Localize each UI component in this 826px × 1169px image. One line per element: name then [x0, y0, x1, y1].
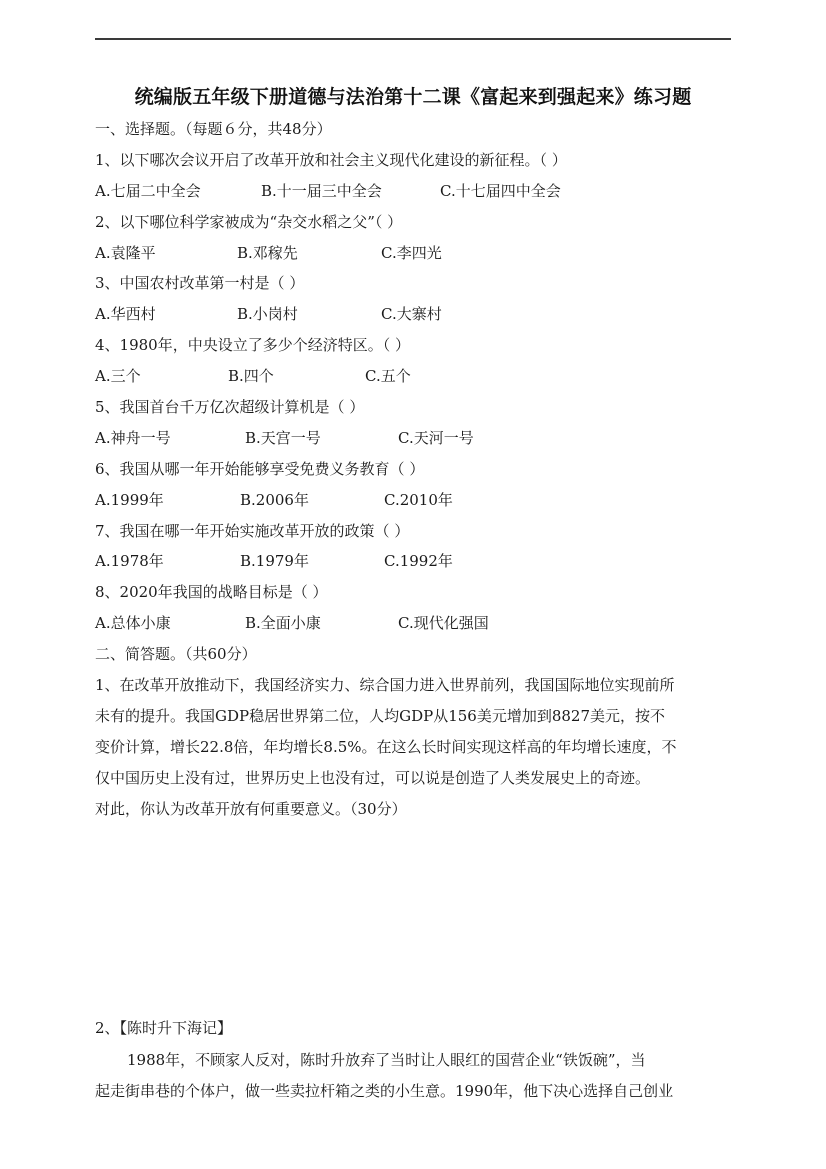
short-answer-2-heading: 2、【陈时升下海记】: [95, 1018, 735, 1038]
question-5-stem: 5、我国首台千万亿次超级计算机是（ ）: [95, 397, 364, 417]
question-1-option-c: C.十七届四中全会: [440, 181, 561, 201]
question-4-option-b: B.四个: [228, 366, 274, 386]
question-1-option-a: A.七届二中全会: [95, 181, 201, 201]
question-4-option-c: C.五个: [365, 366, 411, 386]
section-1-heading: 一、选择题。（每题６分，共48分）: [95, 119, 332, 139]
question-7-option-b: B.1979年: [240, 551, 309, 571]
question-2-option-c: C.李四光: [381, 243, 442, 263]
question-1-option-b: B.十一届三中全会: [261, 181, 382, 201]
question-5-option-c: C.天河一号: [398, 428, 474, 448]
question-8-option-c: C.现代化强国: [398, 613, 489, 633]
question-3-option-c: C.大寨村: [381, 304, 442, 324]
question-5-option-a: A.神舟一号: [95, 428, 171, 448]
section-2-heading: 二、简答题。（共60分）: [95, 644, 257, 664]
question-6-stem: 6、我国从哪一年开始能够享受免费义务教育（ ）: [95, 459, 424, 479]
question-3-option-b: B.小岗村: [237, 304, 298, 324]
question-2-option-a: A.袁隆平: [95, 243, 156, 263]
short-answer-1-line-2: 未有的提升。我国GDP稳居世界第二位，人均GDP从156美元增加到8827美元，…: [95, 706, 735, 726]
short-answer-1-line-1: 1、在改革开放推动下，我国经济实力、综合国力进入世界前列，我国国际地位实现前所: [95, 675, 735, 695]
question-1-stem: 1、以下哪次会议开启了改革开放和社会主义现代化建设的新征程。（ ）: [95, 150, 567, 170]
question-6-option-a: A.1999年: [95, 490, 164, 510]
question-3-stem: 3、中国农村改革第一村是（ ）: [95, 273, 304, 293]
document-title: 统编版五年级下册道德与法治第十二课《富起来到强起来》练习题: [0, 85, 826, 109]
question-4-stem: 4、1980年，中央设立了多少个经济特区。（ ）: [95, 335, 410, 355]
short-answer-1-line-3: 变价计算，增长22.8倍，年均增长8.5%。在这么长时间实现这样高的年均增长速度…: [95, 737, 735, 757]
short-answer-1-line-4: 仅中国历史上没有过，世界历史上也没有过，可以说是创造了人类发展史上的奇迹。: [95, 768, 735, 788]
question-2-option-b: B.邓稼先: [237, 243, 298, 263]
short-answer-1-prompt: 对此，你认为改革开放有何重要意义。（30分）: [95, 799, 735, 819]
question-8-stem: 8、2020年我国的战略目标是（ ）: [95, 582, 328, 602]
question-8-option-a: A.总体小康: [95, 613, 171, 633]
short-answer-2-line-1: 1988年，不顾家人反对，陈时升放弃了当时让人眼红的国营企业“铁饭碗”，当: [127, 1050, 767, 1070]
question-7-option-a: A.1978年: [95, 551, 164, 571]
question-4-option-a: A.三个: [95, 366, 141, 386]
question-7-option-c: C.1992年: [384, 551, 453, 571]
header-rule: [95, 38, 731, 40]
question-3-option-a: A.华西村: [95, 304, 156, 324]
question-7-stem: 7、我国在哪一年开始实施改革开放的政策（ ）: [95, 521, 409, 541]
question-8-option-b: B.全面小康: [245, 613, 321, 633]
question-6-option-b: B.2006年: [240, 490, 309, 510]
question-5-option-b: B.天宫一号: [245, 428, 321, 448]
question-6-option-c: C.2010年: [384, 490, 453, 510]
question-2-stem: 2、以下哪位科学家被成为“杂交水稻之父”（ ）: [95, 212, 402, 232]
short-answer-2-line-2: 起走街串巷的个体户，做一些卖拉杆箱之类的小生意。1990年，他下决心选择自己创业: [95, 1081, 735, 1101]
